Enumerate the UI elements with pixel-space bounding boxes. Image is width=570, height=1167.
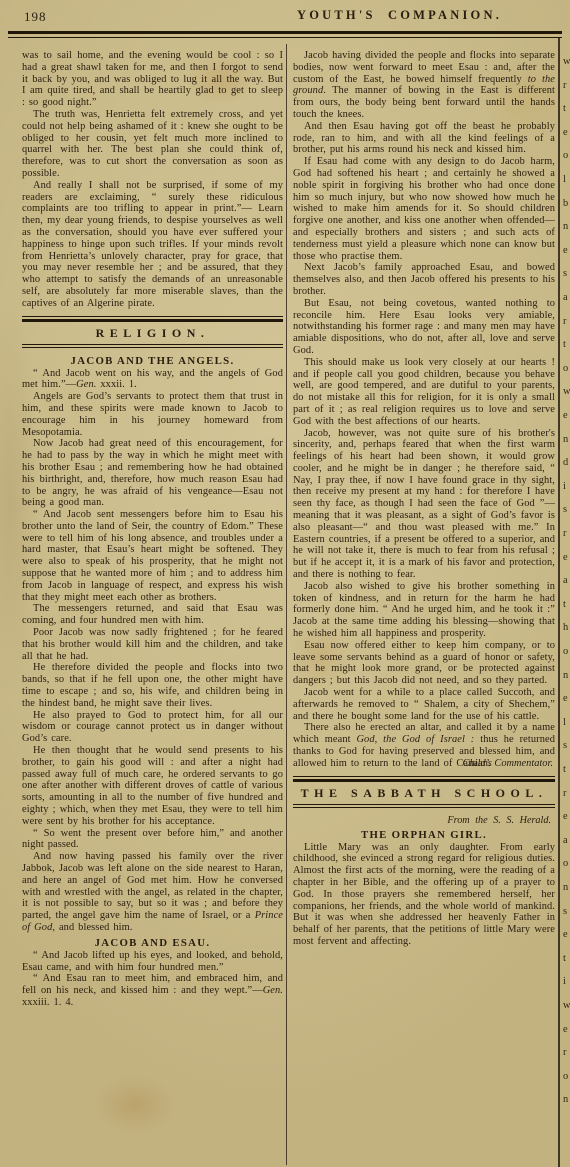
cutoff-letter: n [563,221,568,233]
cutoff-letter: o [563,150,568,162]
text-run: The messengers returned, and said that E… [22,603,283,626]
paragraph: The truth was, Henrietta felt extremely … [22,109,283,180]
double-rule-bottom [293,804,555,811]
text-run: “ So went the present over before him,” … [22,828,283,851]
page-number: 198 [24,9,47,25]
cutoff-letter: w [563,1000,570,1012]
cutoff-letter: a [563,835,568,847]
paper-stain [95,1075,175,1135]
paragraph: Next Jacob’s family approached Esau, and… [293,262,555,297]
cutoff-letter: e [563,929,568,941]
text-run: “ And Jacob went on his way, and the ang… [22,368,283,391]
cutoff-letter: s [563,504,567,516]
double-rule-top [293,776,555,785]
cutoff-letter: r [563,80,566,92]
paragraph: Esau now offered either to keep him comp… [293,640,555,687]
cutoff-letter: e [563,811,568,823]
double-rule-top [22,316,283,325]
italic-text: God, the God of Israel : [356,734,474,745]
cutoff-letter: a [563,292,568,304]
cutoff-letter: r [563,528,566,540]
text-run: But Esau, not being covetous, wanted not… [293,298,555,356]
text-run: , and blessed him. [52,922,132,933]
paragraph: Poor Jacob was now sadly frightened ; fo… [22,627,283,662]
text-run: Esau now offered either to keep him comp… [293,640,555,686]
cutoff-letter: o [563,1071,568,1083]
cutoff-letter: e [563,552,568,564]
text-run: “ And Jacob lifted up his eyes, and look… [22,950,283,973]
cutoff-letter: i [563,976,566,988]
text-run: And really I shall not be surprised, if … [22,180,283,309]
cutoff-letter: e [563,693,568,705]
paragraph: Now Jacob had great need of this encoura… [22,438,283,509]
cutoff-letter: r [563,1047,566,1059]
cutoff-letter: t [563,764,566,776]
italic-text: Gen. [76,379,96,390]
cutoff-letter: r [563,788,566,800]
adjacent-page-sliver: wrteolbnesartowendisreathonelstreaonseti… [561,0,570,1167]
italic-text: Gen. [263,985,283,996]
cutoff-letter: d [563,457,568,469]
cutoff-letter: t [563,339,566,351]
cutoff-letter: r [563,316,566,328]
masthead-title: YOUTH'S COMPANION. [297,8,502,23]
source-byline: From the S. S. Herald. [293,815,551,826]
paragraph: He therefore divided the people and floc… [22,662,283,709]
text-run: Jacob having divided the people and floc… [293,50,555,85]
paragraph: But Esau, not being covetous, wanted not… [293,298,555,357]
cutoff-letter: n [563,670,568,682]
article-title: JACOB AND THE ANGELS. [22,355,283,367]
paragraph: And really I shall not be surprised, if … [22,180,283,310]
text-run: THE SABBATH SCHOOL. [301,786,548,800]
cutoff-letter: o [563,858,568,870]
cutoff-letter: h [563,622,568,634]
paragraph: “ And Esau ran to meet him, and embraced… [22,973,283,1008]
text-run: Jacob also wished to give his brother so… [293,581,555,639]
cutoff-letter: n [563,1094,568,1106]
newspaper-page: 198 YOUTH'S COMPANION. was to sail home,… [0,0,570,1167]
paragraph: He then thought that he would send prese… [22,745,283,828]
cutoff-letter: b [563,198,568,210]
cutoff-letter: t [563,103,566,115]
paragraph: The messengers returned, and said that E… [22,603,283,627]
column-divider-rule [286,44,287,1165]
paragraph: “ And Jacob lifted up his eyes, and look… [22,950,283,974]
article-title: THE ORPHAN GIRL. [293,829,555,841]
text-run: He then thought that he would send prese… [22,745,283,827]
cutoff-letter: s [563,906,567,918]
paragraph: This should make us look very closely at… [293,357,555,428]
text-run: Now Jacob had great need of this encoura… [22,438,283,508]
right-column: Jacob having divided the people and floc… [293,50,555,948]
paragraph: If Esau had come with any design to do J… [293,156,555,262]
cutoff-letter: w [563,56,570,68]
paragraph: Jacob having divided the people and floc… [293,50,555,121]
text-run: THE ORPHAN GIRL. [361,829,487,841]
cutoff-letter: e [563,245,568,257]
text-run: And now having passed his family over th… [22,851,283,921]
cutoff-letter: l [563,174,566,186]
cutoff-letter: n [563,882,568,894]
cutoff-letter: w [563,386,570,398]
header-double-rule [8,31,562,38]
paragraph: Jacob also wished to give his brother so… [293,581,555,640]
paragraph: And then Esau having got off the beast h… [293,121,555,156]
text-run: Next Jacob’s family approached Esau, and… [293,262,555,297]
article-title: JACOB AND ESAU. [22,937,283,949]
italic-text: From the S. S. Herald. [447,815,551,826]
paragraph: And now having passed his family over th… [22,851,283,934]
cutoff-letter: l [563,717,566,729]
section-header: THE SABBATH SCHOOL. [293,776,555,811]
section-title: RELIGION. [22,325,283,344]
cutoff-letter: a [563,575,568,587]
text-run: And then Esau having got off the beast h… [293,121,555,156]
text-run: JACOB AND ESAU. [95,937,211,949]
text-run: He also prayed to God to protect him, fo… [22,710,283,745]
paragraph: was to sail home, and the evening would … [22,50,283,109]
page-edge-rule [558,38,560,1167]
paragraph: Jacob went for a while to a place called… [293,687,555,722]
text-run: If Esau had come with any design to do J… [293,156,555,261]
left-column: was to sail home, and the evening would … [22,50,283,1009]
text-run: . The manner of bowing in the East is di… [293,85,555,120]
cutoff-letter: s [563,740,567,752]
paragraph: “ And Jacob went on his way, and the ang… [22,368,283,392]
paragraph: Angels are God’s servants to protect the… [22,391,283,438]
text-run: The truth was, Henrietta felt extremely … [22,109,283,179]
cutoff-letter: o [563,646,568,658]
text-run: xxxii. 1. [96,379,136,390]
text-run: He therefore divided the people and floc… [22,662,283,708]
paragraph: He also prayed to God to protect him, fo… [22,710,283,745]
text-run: Little Mary was an only daughter. From e… [293,842,555,947]
text-run: Jacob went for a while to a place called… [293,687,555,722]
cutoff-letter: o [563,363,568,375]
text-run: xxxiii. 1. 4. [22,997,73,1008]
text-run: “ And Esau ran to meet him, and embraced… [22,973,283,996]
cutoff-letter: t [563,953,566,965]
cutoff-letter: i [563,481,566,493]
cutoff-letter: t [563,599,566,611]
italic-text: Child’s Commentator. [463,758,553,769]
cutoff-letter: e [563,127,568,139]
paragraph: “ So went the present over before him,” … [22,828,283,852]
section-title: THE SABBATH SCHOOL. [293,785,555,804]
text-run: This should make us look very closely at… [293,357,555,427]
paragraph: Little Mary was an only daughter. From e… [293,842,555,948]
cutoff-letter: s [563,268,567,280]
text-run: Jacob, however, was not quite sure of hi… [293,428,555,581]
cutoff-letter: e [563,1024,568,1036]
cutoff-letter: e [563,410,568,422]
text-run: was to sail home, and the evening would … [22,50,283,108]
text-run: “ And Jacob sent messengers before him t… [22,509,283,603]
text-run: JACOB AND THE ANGELS. [71,355,235,367]
text-run: Angels are God’s servants to protect the… [22,391,283,437]
section-header: RELIGION. [22,316,283,351]
double-rule-bottom [22,344,283,351]
paragraph: “ And Jacob sent messengers before him t… [22,509,283,603]
text-run: Poor Jacob was now sadly frightened ; fo… [22,627,283,662]
cutoff-letter: n [563,434,568,446]
paragraph: Jacob, however, was not quite sure of hi… [293,428,555,581]
text-run: RELIGION. [96,326,210,340]
